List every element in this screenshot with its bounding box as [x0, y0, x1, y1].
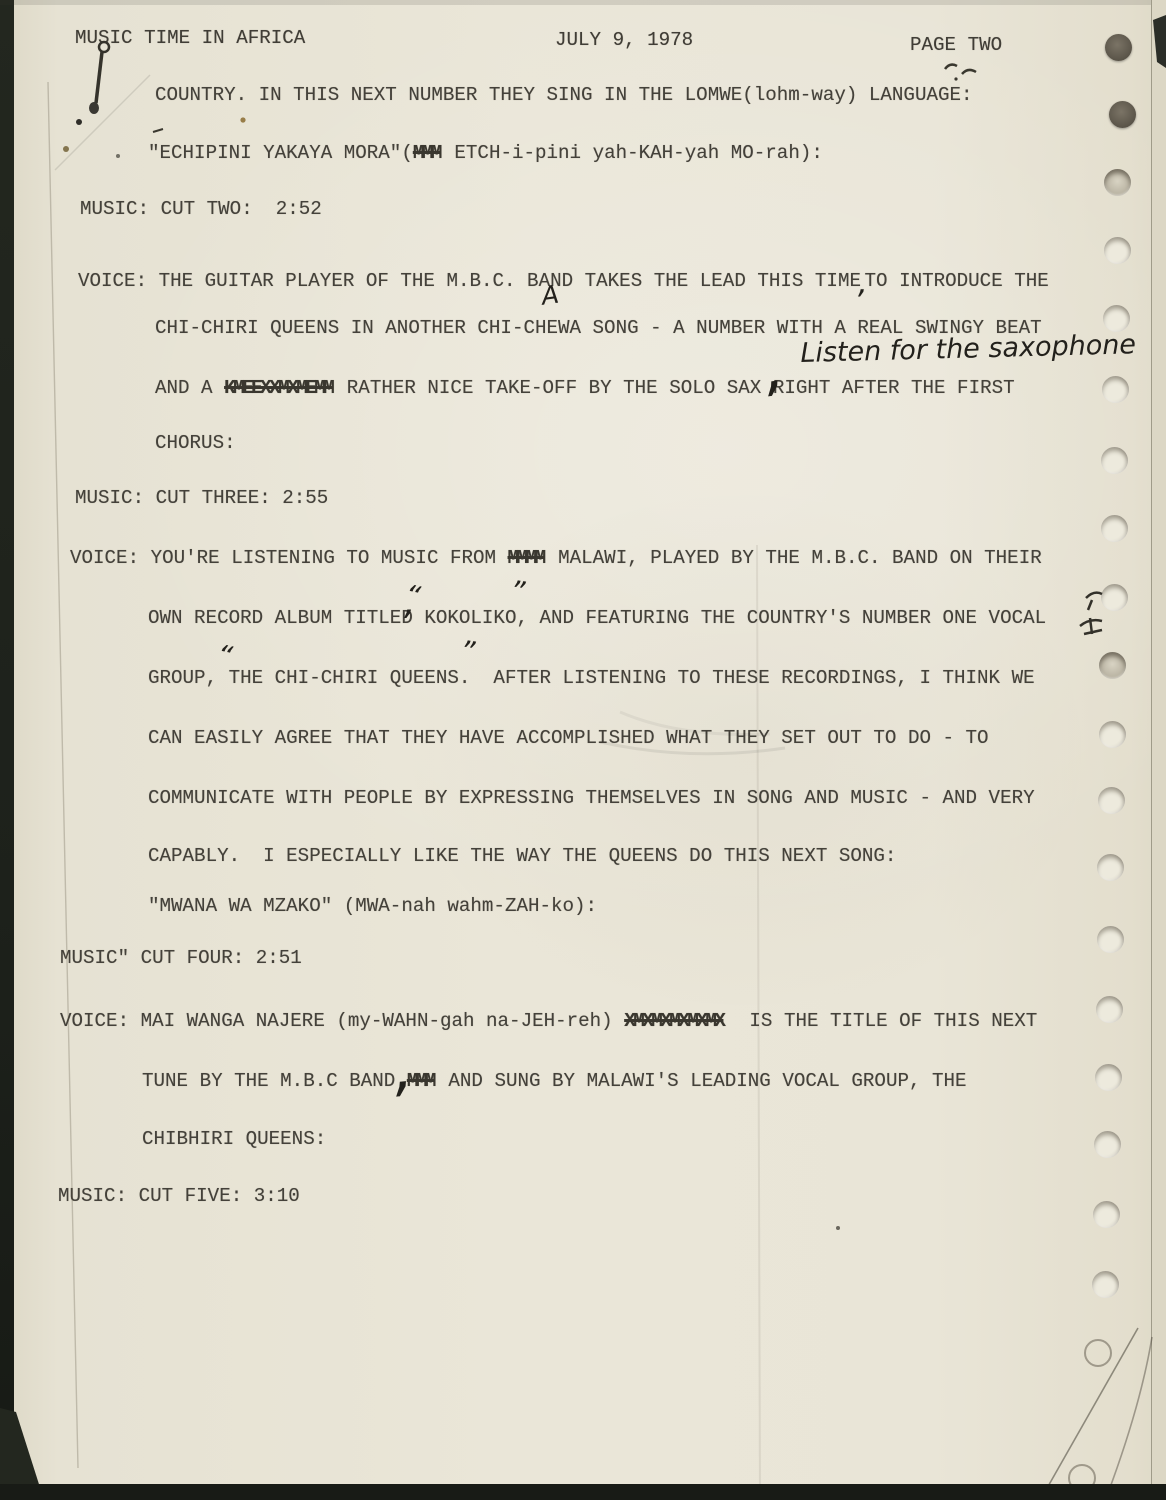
pin-mark: [76, 42, 109, 125]
scan-edge-bottom: [0, 1484, 1166, 1500]
diagonal-crease-2: [1108, 1337, 1152, 1493]
margin-scribble: [1080, 593, 1102, 634]
paper-specks: [63, 117, 840, 1230]
pen-and-crease-marks: [0, 0, 1166, 1500]
top-right-squiggle: [945, 65, 976, 81]
scanned-document-page: MUSIC TIME IN AFRICA JULY 9, 1978 PAGE T…: [0, 0, 1166, 1500]
top-right-dark-corner: [1153, 15, 1166, 68]
diagonal-crease-1: [1042, 1328, 1138, 1497]
wrinkle-crease-2: [620, 712, 770, 735]
left-crease: [48, 82, 78, 1468]
e-macron-mark: [153, 129, 163, 132]
center-fold-crease: [757, 545, 760, 1500]
top-left-crease: [55, 75, 150, 170]
